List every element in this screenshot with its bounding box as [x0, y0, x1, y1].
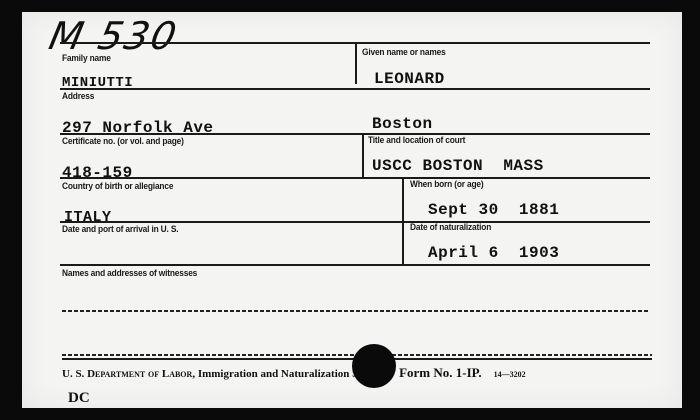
- address-city-value: Boston: [372, 115, 433, 133]
- footer-form-no: Form No. 1-IP.: [399, 365, 482, 380]
- footer-form-code: 14—3202: [494, 370, 526, 379]
- handwritten-card-id: M 530: [45, 14, 182, 58]
- naturalization-label: Date of naturalization: [410, 222, 491, 233]
- court-label: Title and location of court: [368, 135, 465, 146]
- punch-hole: [352, 344, 396, 388]
- rule-name: [60, 88, 650, 90]
- court-value: USCC BOSTON MASS: [372, 157, 544, 175]
- form-footer: U. S. Department of Labor, Immigration a…: [62, 365, 526, 381]
- rule-address: [60, 133, 650, 135]
- given-name-label: Given name or names: [362, 47, 446, 58]
- certificate-label: Certificate no. (or vol. and page): [62, 136, 184, 147]
- naturalization-value: April 6 1903: [428, 244, 559, 262]
- footer-dept: Department of Labor: [87, 368, 192, 380]
- divider-name: [355, 42, 357, 84]
- footer-dept-prefix: U. S.: [62, 368, 87, 380]
- given-name-value: LEONARD: [374, 70, 445, 88]
- witness-line-1: [62, 310, 650, 312]
- witnesses-label: Names and addresses of witnesses: [62, 268, 197, 279]
- born-value: Sept 30 1881: [428, 201, 559, 219]
- country-label: Country of birth or allegiance: [62, 181, 173, 192]
- born-label: When born (or age): [410, 179, 483, 190]
- rule-country: [60, 221, 650, 223]
- rule-certificate: [60, 177, 650, 179]
- arrival-label: Date and port of arrival in U. S.: [62, 224, 178, 235]
- naturalization-index-card: M 530 Family name Given name or names MI…: [22, 12, 682, 408]
- rule-arrival: [60, 264, 650, 266]
- certificate-value: 418-159: [62, 164, 133, 182]
- family-name-label: Family name: [62, 53, 111, 64]
- divider-court: [362, 133, 364, 177]
- address-label: Address: [62, 91, 94, 102]
- office-code: DC: [68, 390, 90, 407]
